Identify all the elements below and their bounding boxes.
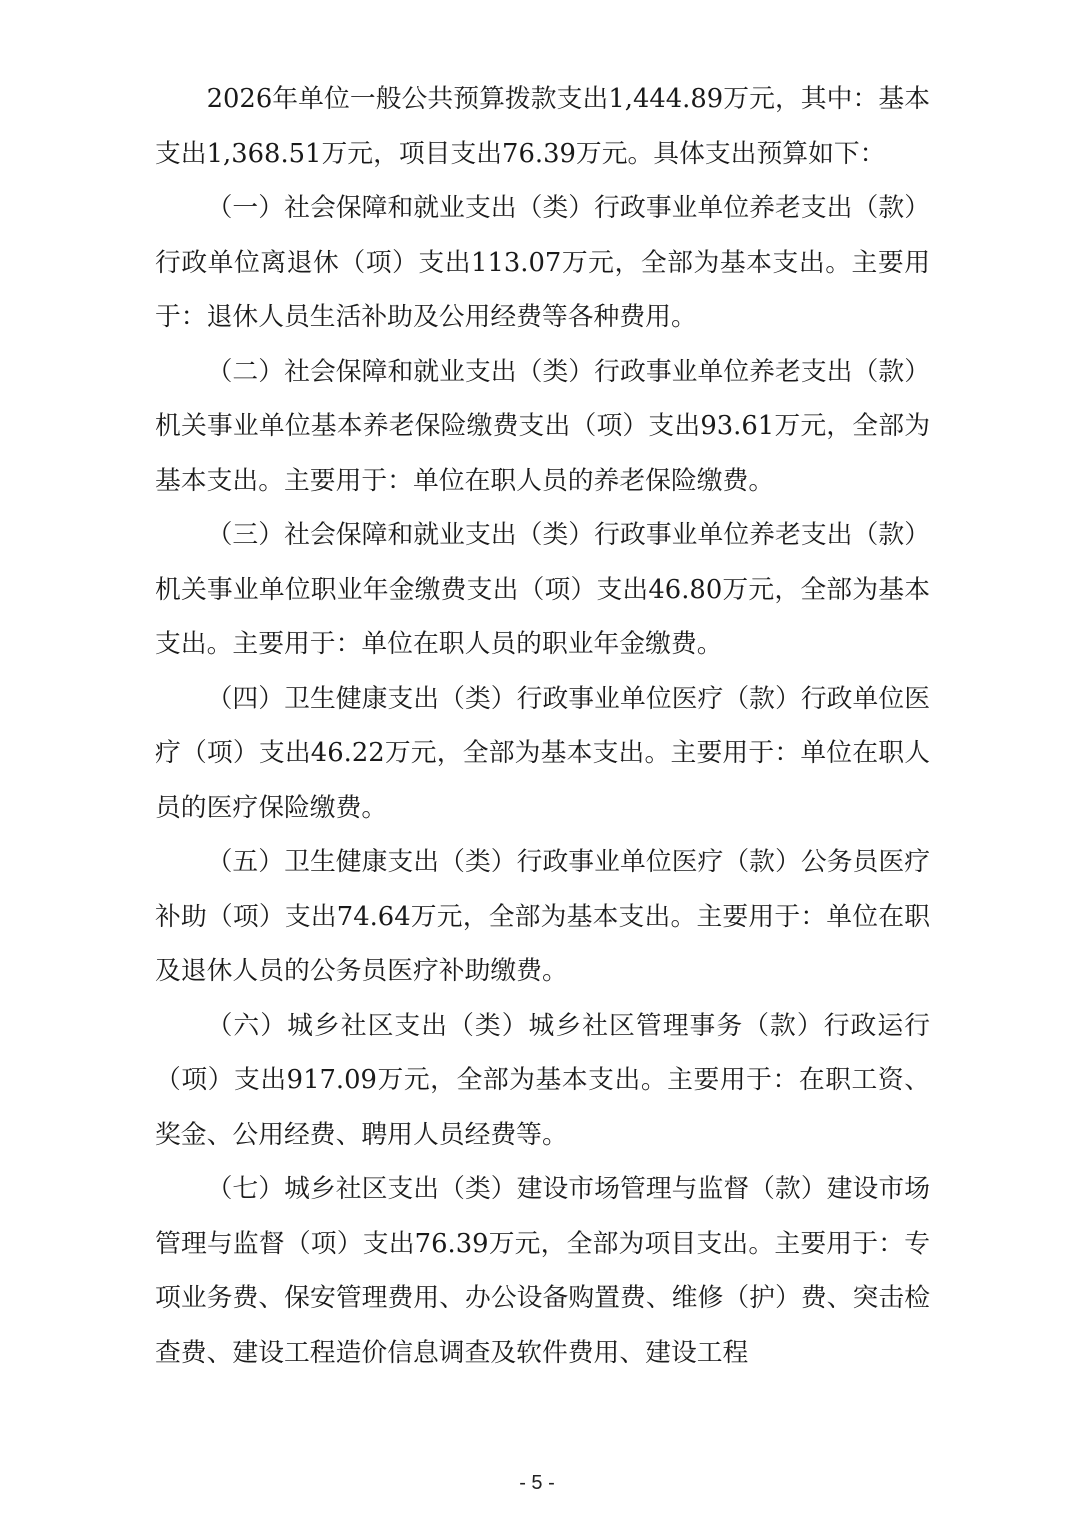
paragraph-item-5-civil-servant-medical: （五）卫生健康支出（类）行政事业单位医疗（款）公务员医疗补助（项）支出74.64… <box>155 835 930 999</box>
paragraph-item-2-pension-insurance: （二）社会保障和就业支出（类）行政事业单位养老支出（款）机关事业单位基本养老保险… <box>155 345 930 509</box>
document-body: 2026年单位一般公共预算拨款支出1,444.89万元，其中：基本支出1,368… <box>155 72 930 1380</box>
paragraph-item-4-medical: （四）卫生健康支出（类）行政事业单位医疗（款）行政单位医疗（项）支出46.22万… <box>155 672 930 836</box>
page-number: - 5 - <box>0 1472 1074 1495</box>
paragraph-item-6-administrative-operation: （六）城乡社区支出（类）城乡社区管理事务（款）行政运行（项）支出917.09万元… <box>155 999 930 1163</box>
paragraph-item-7-construction-market: （七）城乡社区支出（类）建设市场管理与监督（款）建设市场管理与监督（项）支出76… <box>155 1162 930 1380</box>
paragraph-budget-summary: 2026年单位一般公共预算拨款支出1,444.89万元，其中：基本支出1,368… <box>155 72 930 181</box>
paragraph-item-1-retirement: （一）社会保障和就业支出（类）行政事业单位养老支出（款）行政单位离退休（项）支出… <box>155 181 930 345</box>
paragraph-item-3-occupational-annuity: （三）社会保障和就业支出（类）行政事业单位养老支出（款）机关事业单位职业年金缴费… <box>155 508 930 672</box>
